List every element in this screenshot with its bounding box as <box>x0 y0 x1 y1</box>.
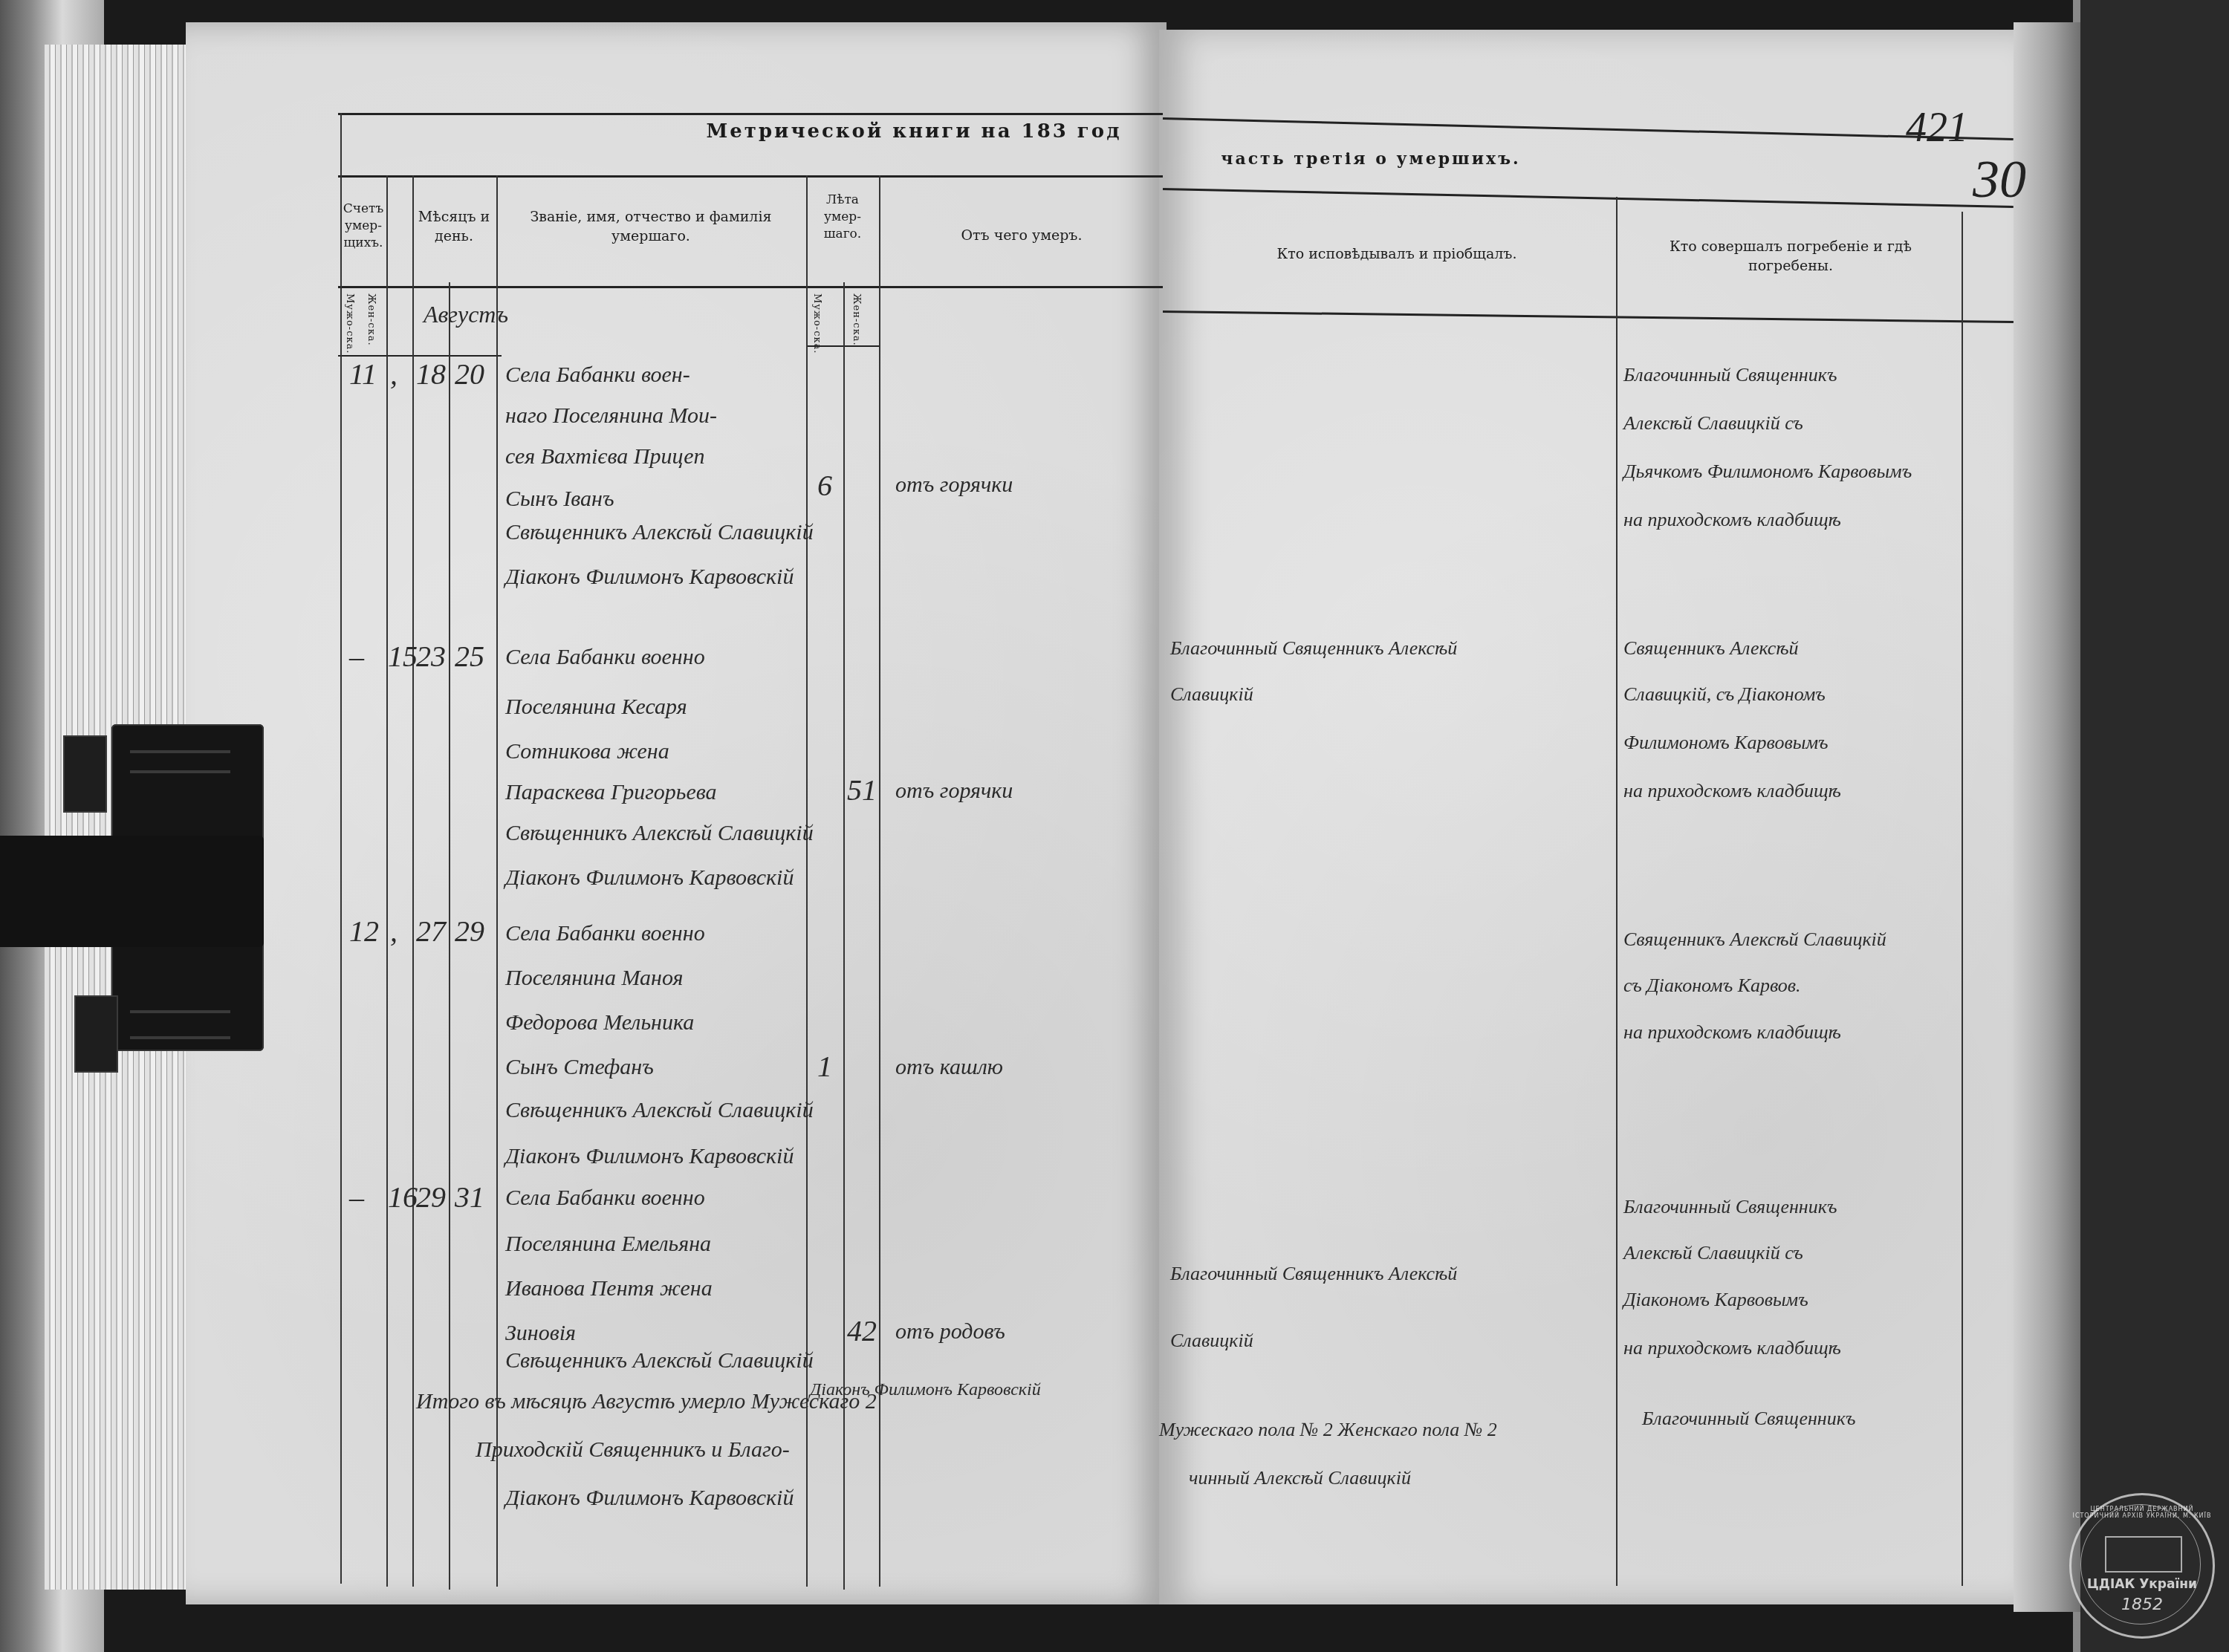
entry-age: 42 <box>847 1313 877 1348</box>
entry-burial-line: Алексѣй Славицкій съ <box>1623 412 1803 435</box>
entry-day-burial: 31 <box>455 1180 484 1214</box>
sub-age-female: Жен-ска. <box>851 293 862 346</box>
header-burial: Кто совершалъ погребеніе и гдѣ погребены… <box>1635 238 1947 276</box>
entry-name-line: наго Поселянина Мои- <box>505 403 717 429</box>
entry-witness: Діаконъ Филимонъ Карвовскій <box>505 865 794 891</box>
right-page-title: часть третія о умершихъ. <box>1163 149 1579 171</box>
entry-name-line: Сотникова жена <box>505 739 669 764</box>
entry-female-no: , <box>390 914 398 949</box>
entry-day-burial: 20 <box>455 357 484 391</box>
stamp-year: 1852 <box>2071 1596 2213 1614</box>
entry-burial-line: съ Діакономъ Карвов. <box>1623 975 1801 997</box>
entry-burial-line: на приходскомъ кладбищѣ <box>1623 1021 1841 1044</box>
entry-burial-line: на приходскомъ кладбищѣ <box>1623 780 1841 802</box>
entry-cause: отъ родовъ <box>895 1319 1005 1344</box>
entry-name-line: сея Вахтієва Прицеп <box>505 444 704 469</box>
entry-age: 6 <box>817 468 832 503</box>
binder-clip <box>0 709 264 1055</box>
header-name: Званіе, имя, отчество и фамилія умершаго… <box>498 208 804 246</box>
sub-age-male: Мужо-ска. <box>811 293 823 354</box>
entry-burial-line: Благочинный Священникъ <box>1623 364 1837 386</box>
entry-confessor: Благочинный Священникъ Алексѣй <box>1170 1263 1457 1285</box>
entry-witness: Діаконъ Филимонъ Карвовскій <box>505 565 794 590</box>
sub-female: Жен-ска. <box>366 293 377 346</box>
col-line <box>806 175 808 1587</box>
entry-burial-line: Благочинный Священникъ <box>1623 1196 1837 1218</box>
col-line-right <box>1962 212 1963 1586</box>
col-line <box>879 175 880 1587</box>
entry-burial-line: Алексѣй Славицкій съ <box>1623 1242 1803 1264</box>
entry-witness: Діаконъ Филимонъ Карвовскій <box>505 1144 794 1169</box>
entry-age: 1 <box>817 1049 832 1084</box>
entry-age: 51 <box>847 773 877 807</box>
entry-burial-line: Діакономъ Карвовымъ <box>1623 1289 1808 1311</box>
entry-name-line: Села Бабанки военно <box>505 645 705 670</box>
page-number-top: 421 <box>1906 104 1968 152</box>
entry-name-line: Села Бабанки военно <box>505 1186 705 1211</box>
entry-day-burial: 25 <box>455 639 484 674</box>
entry-witness: Свѣщенникъ Алексѣй Славицкій <box>505 1098 814 1123</box>
left-page-title: Метрической книги на 183 год <box>684 119 1144 145</box>
col-line <box>340 113 342 1584</box>
entry-witness: Свѣщенникъ Алексѣй Славицкій <box>505 821 814 846</box>
header-cause: Отъ чего умеръ. <box>880 227 1163 246</box>
entry-female-no: , <box>390 357 398 391</box>
sub-male: Мужо-ска. <box>344 293 355 354</box>
rule-header <box>338 175 1163 178</box>
entry-male-no: – <box>349 639 364 674</box>
entry-witness: Свѣщенникъ Алексѣй Славицкій <box>505 1348 814 1373</box>
entry-female-no: 15 <box>388 639 418 674</box>
entry-witness: Свѣщенникъ Алексѣй Славицкій <box>505 520 814 545</box>
entry-burial-line: Славицкій, съ Діакономъ <box>1623 683 1826 706</box>
entry-name-line: Поселянина Маноя <box>505 966 683 991</box>
archive-stamp: ЦЕНТРАЛЬНИЙ ДЕРЖАВНИЙ ІСТОРИЧНИЙ АРХІВ У… <box>2069 1493 2215 1639</box>
entry-burial-line: Филимономъ Карвовымъ <box>1623 732 1829 754</box>
entry-burial-line: на приходскомъ кладбищѣ <box>1623 1337 1841 1359</box>
entry-burial-line: Дьячкомъ Филимономъ Карвовымъ <box>1623 461 1912 483</box>
summary-left-line: Приходскій Священникъ и Благо- <box>476 1437 790 1463</box>
entry-burial-line: на приходскомъ кладбищѣ <box>1623 509 1841 531</box>
header-count: Счетъ умер-щихъ. <box>342 201 385 252</box>
entry-name-line: Поселянина Кесаря <box>505 695 687 720</box>
stamp-ring-text: ЦЕНТРАЛЬНИЙ ДЕРЖАВНИЙ ІСТОРИЧНИЙ АРХІВ У… <box>2071 1506 2213 1519</box>
stamp-name: ЦДІАК України <box>2071 1577 2213 1592</box>
entry-confessor: Славицкій <box>1170 683 1253 706</box>
entry-female-no: 16 <box>388 1180 418 1214</box>
entry-name-line: Зиновія <box>505 1321 576 1346</box>
entry-name-line: Федорова Мельника <box>505 1010 694 1035</box>
entry-day-death: 23 <box>416 639 446 674</box>
col-line <box>386 175 388 1587</box>
header-confessor: Кто исповѣдывалъ и пріобщалъ. <box>1189 245 1605 264</box>
page-number-side: 30 <box>1973 149 2026 210</box>
entry-cause: отъ кашлю <box>895 1055 1003 1080</box>
col-line-right <box>1616 197 1618 1586</box>
summary-left-line: Итого въ мѣсяцѣ Августѣ умерло Мужескаго… <box>416 1389 877 1414</box>
entry-name-line: Иванова Пентя жена <box>505 1276 713 1301</box>
rule-header-bottom <box>338 286 1163 288</box>
entry-cause: отъ горячки <box>895 472 1013 498</box>
book-cover <box>2080 0 2229 1652</box>
summary-right-line: Благочинный Священникъ <box>1642 1408 1855 1430</box>
entry-burial-line: Священникъ Алексѣй Славицкій <box>1623 929 1886 951</box>
entry-day-death: 18 <box>416 357 446 391</box>
book-icon <box>2105 1536 2182 1573</box>
header-month-day: Мѣсяцъ и день. <box>413 208 495 246</box>
entry-name-line: Сынъ Іванъ <box>505 487 614 512</box>
entry-burial-line: Священникъ Алексѣй <box>1623 637 1799 660</box>
rule-top <box>338 113 1163 115</box>
entry-name-line: Параскева Григорьева <box>505 780 717 805</box>
month-label: Августъ <box>424 301 508 328</box>
entry-name-line: Села Бабанки воен- <box>505 362 690 388</box>
entry-name-line: Сынъ Стефанъ <box>505 1055 654 1080</box>
entry-male-no: 11 <box>349 357 377 391</box>
summary-right-line: Мужескаго пола № 2 Женскаго пола № 2 <box>1159 1419 1497 1441</box>
summary-right-line: чинный Алексѣй Славицкій <box>1189 1467 1411 1489</box>
entry-male-no: – <box>349 1180 364 1214</box>
entry-day-death: 29 <box>416 1180 446 1214</box>
col-line <box>496 175 498 1587</box>
entry-male-no: 12 <box>349 914 379 949</box>
entry-name-line: Поселянина Емельяна <box>505 1232 711 1257</box>
entry-cause: отъ горячки <box>895 778 1013 804</box>
col-line <box>412 175 414 1587</box>
entry-day-death: 27 <box>416 914 446 949</box>
entry-confessor: Славицкій <box>1170 1330 1253 1352</box>
entry-day-burial: 29 <box>455 914 484 949</box>
header-age: Лѣта умер-шаго. <box>807 192 878 243</box>
entry-confessor: Благочинный Священникъ Алексѣй <box>1170 637 1457 660</box>
summary-left-line: Діаконъ Филимонъ Карвовскій <box>505 1486 794 1511</box>
right-page-stack <box>2014 22 2080 1612</box>
entry-name-line: Села Бабанки военно <box>505 921 705 946</box>
